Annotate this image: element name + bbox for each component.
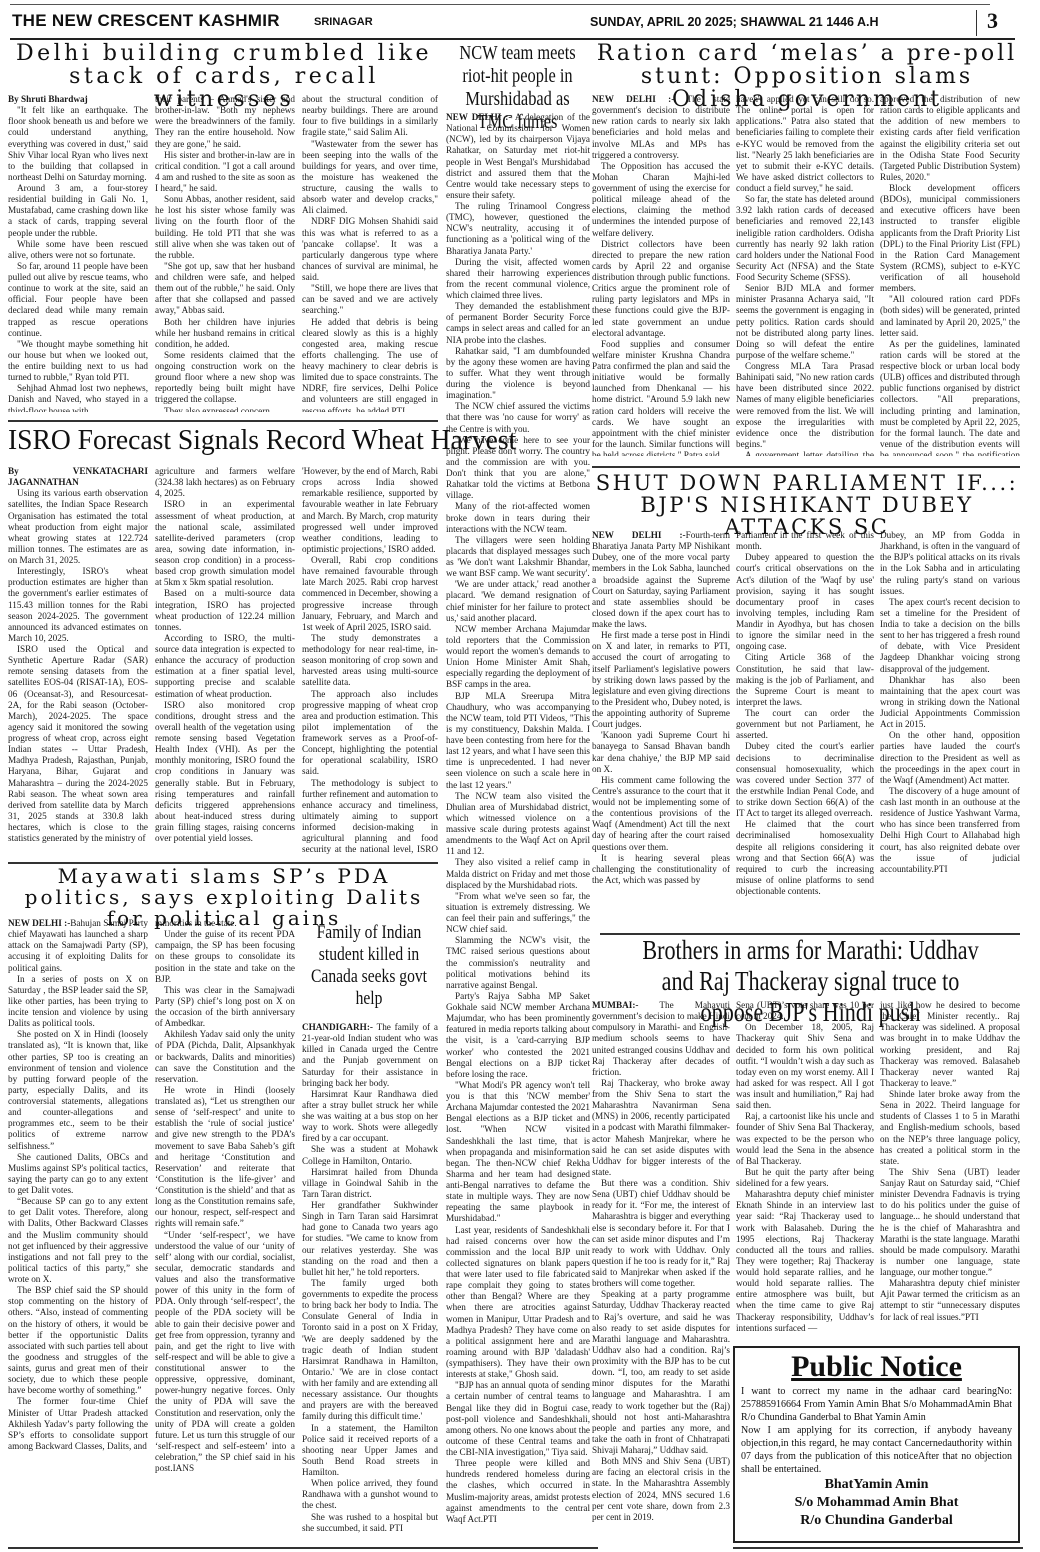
paragraph: Around 3 am, a four-storey residential b…	[8, 183, 148, 239]
paragraph: The Opposition has accused the Mohan Cha…	[592, 161, 730, 239]
paragraph: She was a student at Mohawk College in H…	[302, 1144, 438, 1166]
paragraph: 'Kanoon yadi Supreme Court hi banayega t…	[592, 730, 730, 775]
paragraph: Dhankhar has also been maintaining that …	[880, 675, 1020, 731]
paragraph: His comment came following the Centre's …	[592, 775, 730, 853]
public-notice-box: Public Notice I want to correct my name …	[733, 1346, 1020, 1543]
paragraph: In a statement, the Hamilton Police said…	[302, 1423, 438, 1479]
paragraph: NCW member Archana Majumdar told reporte…	[446, 624, 590, 691]
paragraph: Block development officers (BDOs), munic…	[880, 183, 1020, 294]
paragraph: The former four-time Chief Minister of U…	[8, 1396, 148, 1452]
paragraph: The study demonstrates a methodology for…	[302, 633, 438, 689]
paragraph: The Mahayuti government’s decision to ma…	[592, 1000, 730, 1077]
byline: By Shruti Bhardwaj	[8, 94, 148, 105]
paragraph: "From what we've seen so far, the situat…	[446, 891, 590, 936]
edition-city: SRINAGAR	[314, 16, 373, 28]
paragraph: just like how he desired to become the C…	[880, 1000, 1020, 1089]
paragraph: Dubey, an MP from Godda in Jharkhand, is…	[880, 530, 1020, 597]
paragraph: As per the guidelines, laminated ration …	[880, 339, 1020, 456]
paragraph: On December 18, 2005, Raj Thackeray quit…	[736, 1022, 874, 1111]
paragraph: He first made a terse post in Hindi on X…	[592, 630, 730, 730]
masthead-bottom-rule	[10, 38, 1015, 40]
notice-signature-address: R/o Chundina Ganderbal	[741, 1512, 1012, 1530]
paragraph: Some residents claimed that the ongoing …	[155, 350, 295, 406]
article-column: just like how he desired to become the C…	[880, 1000, 1020, 1338]
paragraph: On the other hand, opposition parties ha…	[880, 730, 1020, 786]
section-divider	[592, 466, 1020, 468]
dateline: NEW DELHI :-	[592, 94, 674, 104]
paragraph: The methodology is subject to further re…	[302, 778, 438, 855]
headline: Family of Indian student killed in Canad…	[311, 922, 427, 1009]
paragraph: Food supplies and consumer welfare minis…	[592, 339, 730, 456]
paragraph: During the visit, affected women shared …	[446, 257, 590, 302]
dateline: NEW DELHI :-	[446, 112, 511, 122]
paragraph: Rahatkar said, "I am dumbfounded by the …	[446, 346, 590, 402]
paragraph: Speaking at a party programme Saturday, …	[592, 1289, 730, 1456]
article-column: their parents – Ahmad's sister and broth…	[155, 94, 295, 412]
headline: ISRO Forecast Signals Record Wheat Harve…	[8, 424, 418, 457]
paragraph: District collectors have been directed t…	[592, 239, 730, 339]
article-column: NEW DELHI :-Fourth-term Bharatiya Janata…	[592, 530, 730, 922]
notice-body: I want to correct my name in the adhaar …	[741, 1385, 1012, 1476]
paragraph: Using its various earth observation sate…	[8, 488, 148, 566]
paragraph: Sena (UBT)’s vote share was 10 per cent …	[736, 1000, 874, 1022]
paragraph: According to ISRO, the multi-source data…	[155, 633, 295, 700]
paragraph: Parliament in the first week of this mon…	[736, 530, 874, 552]
paragraph: NDRF DIG Mohsen Shahidi said this was wh…	[302, 216, 438, 283]
notice-title: Public Notice	[741, 1350, 1012, 1383]
dateline: CHANDIGARH:-	[302, 1022, 373, 1032]
issue-date: SUNDAY, APRIL 20 2025; SHAWWAL 21 1446 A…	[590, 15, 879, 29]
paragraph: Party's Rajya Sabha MP Saket Gokhale sai…	[446, 991, 590, 1080]
masthead: THE NEW CRESCENT KASHMIR SRINAGAR SUNDAY…	[12, 10, 1022, 36]
paragraph: approved the distribution of new ration …	[880, 94, 1020, 183]
paragraph: Her grandfather Sukhwinder Singh in Tarn…	[302, 1200, 438, 1278]
article-column: approved the distribution of new ration …	[880, 94, 1020, 456]
paragraph: minorities in the state.	[155, 918, 295, 929]
paragraph: Harsimrat Kaur Randhawa died after a str…	[302, 1089, 438, 1145]
paragraph: Both her children have injuries while he…	[155, 317, 295, 350]
paragraph: Dubey cited the court's earlier decision…	[736, 741, 874, 819]
paragraph: So far, the state has deleted around 3.9…	[736, 194, 874, 283]
paragraph: The villagers were seen holding placards…	[446, 535, 590, 580]
paragraph: The BSP chief said the SP should stop co…	[8, 1285, 148, 1396]
paragraph: Congress MLA Tara Prasad Bahinipati said…	[736, 361, 874, 450]
article-column: MUMBAI:- The Mahayuti government’s decis…	[592, 1000, 730, 1544]
article-column: agriculture and farmers welfare (324.38 …	[155, 466, 295, 854]
paragraph: She cautioned Dalits, OBCs and Muslims a…	[8, 1152, 148, 1197]
paragraph: Sonu Abbas, another resident, said he lo…	[155, 194, 295, 261]
paragraph: This was clear in the Samajwadi Party (S…	[155, 985, 295, 1030]
paragraph: Three people were killed and hundreds re…	[446, 1458, 590, 1525]
section-divider	[8, 420, 438, 422]
paragraph: “Because SP can go to any extent to get …	[8, 1196, 148, 1285]
paragraph: Overall, Rabi crop conditions have remai…	[302, 555, 438, 633]
paragraph: She posted on X in Hindi (loosely transl…	[8, 1029, 148, 1151]
paragraph: The NCW team also visited the Dhulian ar…	[446, 791, 590, 858]
paragraph: "BJP has an annual quota of sending a ce…	[446, 1380, 590, 1458]
paragraph: The family urged both governments to exp…	[302, 1278, 438, 1423]
paragraph: Fourth-term Bharatiya Janata Party MP Ni…	[592, 530, 730, 629]
article-column: By Shruti Bhardwaj "It felt like an eart…	[8, 94, 148, 412]
article-column: haven't applied yet can still do so. The…	[736, 94, 874, 456]
paragraph: The court can order the government but n…	[736, 708, 874, 741]
paragraph: It is hearing several pleas challenging …	[592, 853, 730, 886]
paragraph: Maharashtra deputy chief minister Eknath…	[736, 1189, 874, 1334]
paragraph: agriculture and farmers welfare (324.38 …	[155, 466, 295, 499]
dateline: NEW DELHI :-	[8, 918, 70, 928]
paragraph: The approach also includes progressive m…	[302, 689, 438, 778]
paragraph: ISRO in an experimental assessment of wh…	[155, 499, 295, 588]
paragraph: Last year, residents of Sandeshkhali had…	[446, 1225, 590, 1381]
paragraph: their parents – Ahmad's sister and broth…	[155, 94, 295, 150]
paragraph: Akhilesh Yadav said only the unity of PD…	[155, 1029, 295, 1085]
paragraph: Harsimrat hailed from Dhunda village in …	[302, 1167, 438, 1200]
notice-signature-name: BhatYamin Amin	[741, 1476, 1012, 1494]
paragraph: Raj Thackeray, who broke away from the S…	[592, 1078, 730, 1178]
paragraph: A delegation of the National Commission …	[446, 112, 590, 200]
paragraph: They also expressed concern	[155, 406, 295, 413]
paragraph: “Under ‘self-respect’, we have understoo…	[155, 1230, 295, 1475]
paragraph: 'However, by the end of March, Rabi crop…	[302, 466, 438, 555]
paragraph: 'We are under attack,' read another plac…	[446, 579, 590, 624]
paragraph: about the structural condition of nearby…	[302, 94, 438, 139]
paragraph: "Wastewater from the sewer has been seep…	[302, 139, 438, 217]
notice-signature-parent: S/o Mohammad Amin Bhat	[741, 1494, 1012, 1512]
paragraph: "We thought maybe something hit our hous…	[8, 339, 148, 384]
paragraph: When police arrived, they found Randhawa…	[302, 1478, 438, 1511]
paragraph: But there was a condition. Shiv Sena (UB…	[592, 1178, 730, 1289]
paragraph: His sister and brother-in-law are in cri…	[155, 150, 295, 195]
dateline: NEW DELHI :-	[592, 530, 686, 540]
paragraph: The ruling Trinamool Congress (TMC), how…	[446, 201, 590, 257]
paragraph: Maharashtra deputy chief minister Ajit P…	[880, 1278, 1020, 1323]
paragraph: The Shiv Sena (UBT) leader Sanjay Raut o…	[880, 1167, 1020, 1278]
paragraph: So far, around 11 people have been pulle…	[8, 261, 148, 339]
paragraph: While some have been rescued alive, othe…	[8, 239, 148, 261]
paragraph: "Still, we hope there are lives that can…	[302, 283, 438, 316]
paragraph: Both MNS and Shiv Sena (UBT) are facing …	[592, 1456, 730, 1523]
paragraph: Senior BJD MLA and former minister Prasa…	[736, 283, 874, 361]
paragraph: "It felt like an earthquake. The floor s…	[8, 105, 148, 183]
headline: SHUT DOWN PARLIAMENT IF...: BJP'S NISHIK…	[592, 472, 1022, 538]
article-column: NEW DELHI :- A delegation of the Nationa…	[446, 112, 590, 1544]
paragraph: But he quit the party after being sideli…	[736, 1167, 874, 1189]
masthead-divider	[976, 10, 977, 36]
paragraph: They demanded the establishment of perma…	[446, 301, 590, 346]
paragraph: Interestingly, ISRO's wheat production e…	[8, 566, 148, 644]
byline: By VENKATACHARI JAGANNATHAN	[8, 466, 148, 488]
paragraph: haven't applied yet can still do so. The…	[736, 94, 874, 194]
article-column: CHANDIGARH:- The family of a 21-year-old…	[302, 1022, 438, 1544]
paragraph: "She got up, saw that her husband and ch…	[155, 261, 295, 317]
paragraph: BJP MLA Sreerupa Mitra Chaudhury, who wa…	[446, 691, 590, 791]
paragraph: In a series of posts on X on Saturday , …	[8, 974, 148, 1030]
section-divider	[733, 1547, 1023, 1549]
article-column: By VENKATACHARI JAGANNATHAN Using its va…	[8, 466, 148, 854]
paragraph: Slamming the NCW's visit, the TMC raised…	[446, 935, 590, 991]
paragraph: He added that debris is being cleared sl…	[302, 317, 438, 413]
article-column: Parliament in the first week of this mon…	[736, 530, 874, 922]
paragraph: He claimed that the court decriminalised…	[736, 819, 874, 897]
article-column: Dubey, an MP from Godda in Jharkhand, is…	[880, 530, 1020, 922]
paragraph: The apex court's recent decision to set …	[880, 597, 1020, 675]
article-column: about the structural condition of nearby…	[302, 94, 438, 412]
page-number: 3	[987, 8, 998, 34]
paragraph: A government letter detailing the exerci…	[736, 450, 874, 456]
paragraph: The discovery of a huge amount of cash l…	[880, 786, 1020, 875]
paragraph: Dubey appeared to question the court's c…	[736, 552, 874, 652]
paragraph: "All coloured ration card PDFs (both sid…	[880, 294, 1020, 339]
article-column: Sena (UBT)’s vote share was 10 per cent …	[736, 1000, 874, 1338]
newspaper-name: THE NEW CRESCENT KASHMIR	[12, 11, 280, 31]
paragraph: Citing Article 368 of the Constitution, …	[736, 652, 874, 708]
paragraph: Sehjhad Ahmad lost two nephews, Danish a…	[8, 383, 148, 412]
paragraph: Many of the riot-affected women broke do…	[446, 501, 590, 534]
paragraph: Shinde later broke away from the Sena in…	[880, 1089, 1020, 1167]
paragraph: He wrote in Hindi (loosely translated as…	[155, 1085, 295, 1230]
article-column: minorities in the state. Under the guise…	[155, 918, 295, 1544]
paragraph: "What Modi's PR agency won't tell you is…	[446, 1080, 590, 1225]
paragraph: ISRO also monitored crop conditions, dro…	[155, 700, 295, 845]
masthead-top-rule	[10, 4, 990, 5]
section-divider	[8, 1547, 598, 1549]
paragraph: ISRO used the Optical and Synthetic Aper…	[8, 644, 148, 844]
article-column: NEW DELHI :- The state government's deci…	[592, 94, 730, 456]
paragraph: Raj, a cartoonist like his uncle and fou…	[736, 1111, 874, 1167]
paragraph: Based on a multi-source data integration…	[155, 588, 295, 633]
paragraph: They also visited a relief camp in Malda…	[446, 857, 590, 890]
paragraph: Under the guise of its recent PDA campai…	[155, 929, 295, 985]
article-column: 'However, by the end of March, Rabi crop…	[302, 466, 438, 854]
paragraph: She was rushed to a hospital but she suc…	[302, 1512, 438, 1534]
article-column: NEW DELHI :-Bahujan Samaj Party chief Ma…	[8, 918, 148, 1544]
dateline: MUMBAI:-	[592, 1000, 638, 1010]
